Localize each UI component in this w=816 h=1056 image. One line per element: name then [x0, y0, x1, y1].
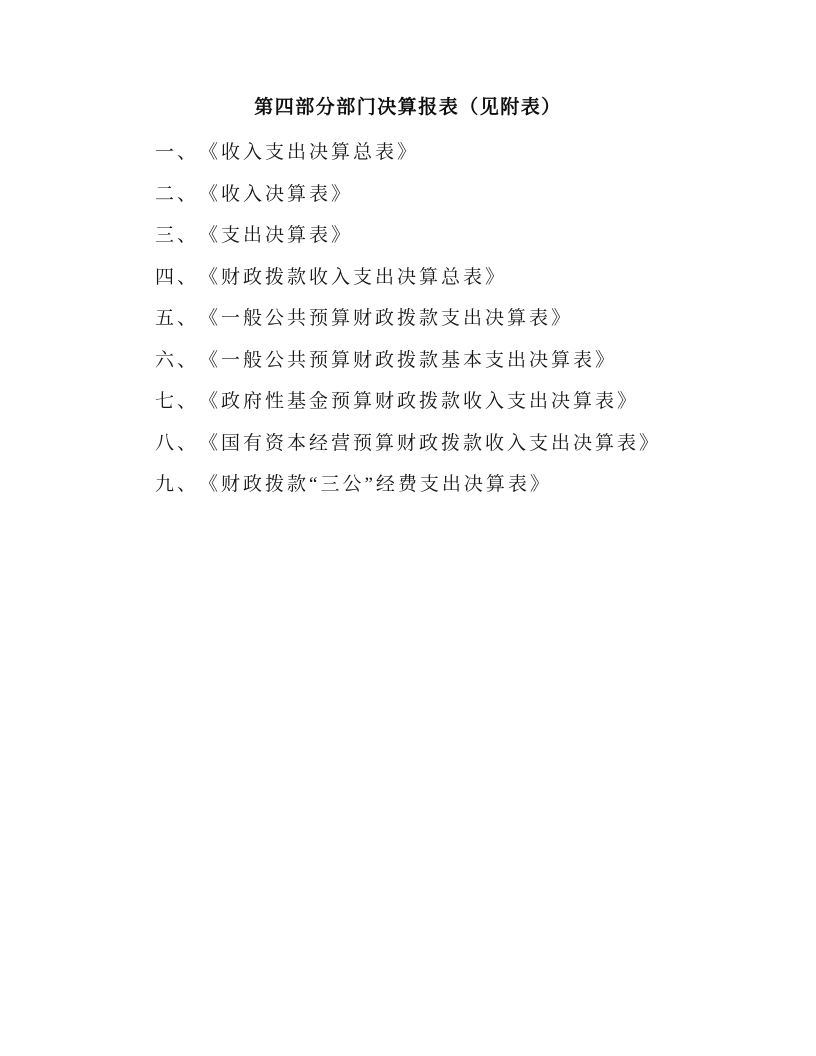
item-number: 一、	[155, 143, 199, 162]
item-text: 《收入支出决算总表》	[199, 143, 419, 162]
item-text: 《政府性基金预算财政拨款收入支出决算表》	[199, 392, 639, 411]
item-number: 四、	[155, 268, 199, 287]
item-number: 六、	[155, 351, 199, 370]
list-item: 七、《政府性基金预算财政拨款收入支出决算表》	[155, 381, 756, 423]
list-item: 四、《财政拨款收入支出决算总表》	[155, 257, 756, 299]
item-number: 九、	[155, 475, 199, 494]
list-item: 八、《国有资本经营预算财政拨款收入支出决算表》	[155, 423, 756, 465]
document-page: 第四部分部门决算报表（见附表） 一、《收入支出决算总表》 二、《收入决算表》 三…	[0, 0, 816, 1056]
item-text: 《收入决算表》	[199, 185, 353, 204]
page-title: 第四部分部门决算报表（见附表）	[0, 96, 816, 120]
list-item: 二、《收入决算表》	[155, 174, 756, 216]
report-list: 一、《收入支出决算总表》 二、《收入决算表》 三、《支出决算表》 四、《财政拨款…	[155, 132, 756, 506]
list-item: 一、《收入支出决算总表》	[155, 132, 756, 174]
list-item: 五、《一般公共预算财政拨款支出决算表》	[155, 298, 756, 340]
list-item: 三、《支出决算表》	[155, 215, 756, 257]
item-text: 《财政拨款“三公”经费支出决算表》	[199, 475, 552, 494]
item-number: 七、	[155, 392, 199, 411]
list-item: 六、《一般公共预算财政拨款基本支出决算表》	[155, 340, 756, 382]
item-number: 八、	[155, 434, 199, 453]
item-number: 三、	[155, 226, 199, 245]
list-item: 九、《财政拨款“三公”经费支出决算表》	[155, 464, 756, 506]
item-text: 《国有资本经营预算财政拨款收入支出决算表》	[199, 434, 661, 453]
item-text: 《一般公共预算财政拨款支出决算表》	[199, 309, 573, 328]
item-text: 《一般公共预算财政拨款基本支出决算表》	[199, 351, 617, 370]
item-text: 《财政拨款收入支出决算总表》	[199, 268, 507, 287]
item-number: 五、	[155, 309, 199, 328]
item-text: 《支出决算表》	[199, 226, 353, 245]
item-number: 二、	[155, 185, 199, 204]
